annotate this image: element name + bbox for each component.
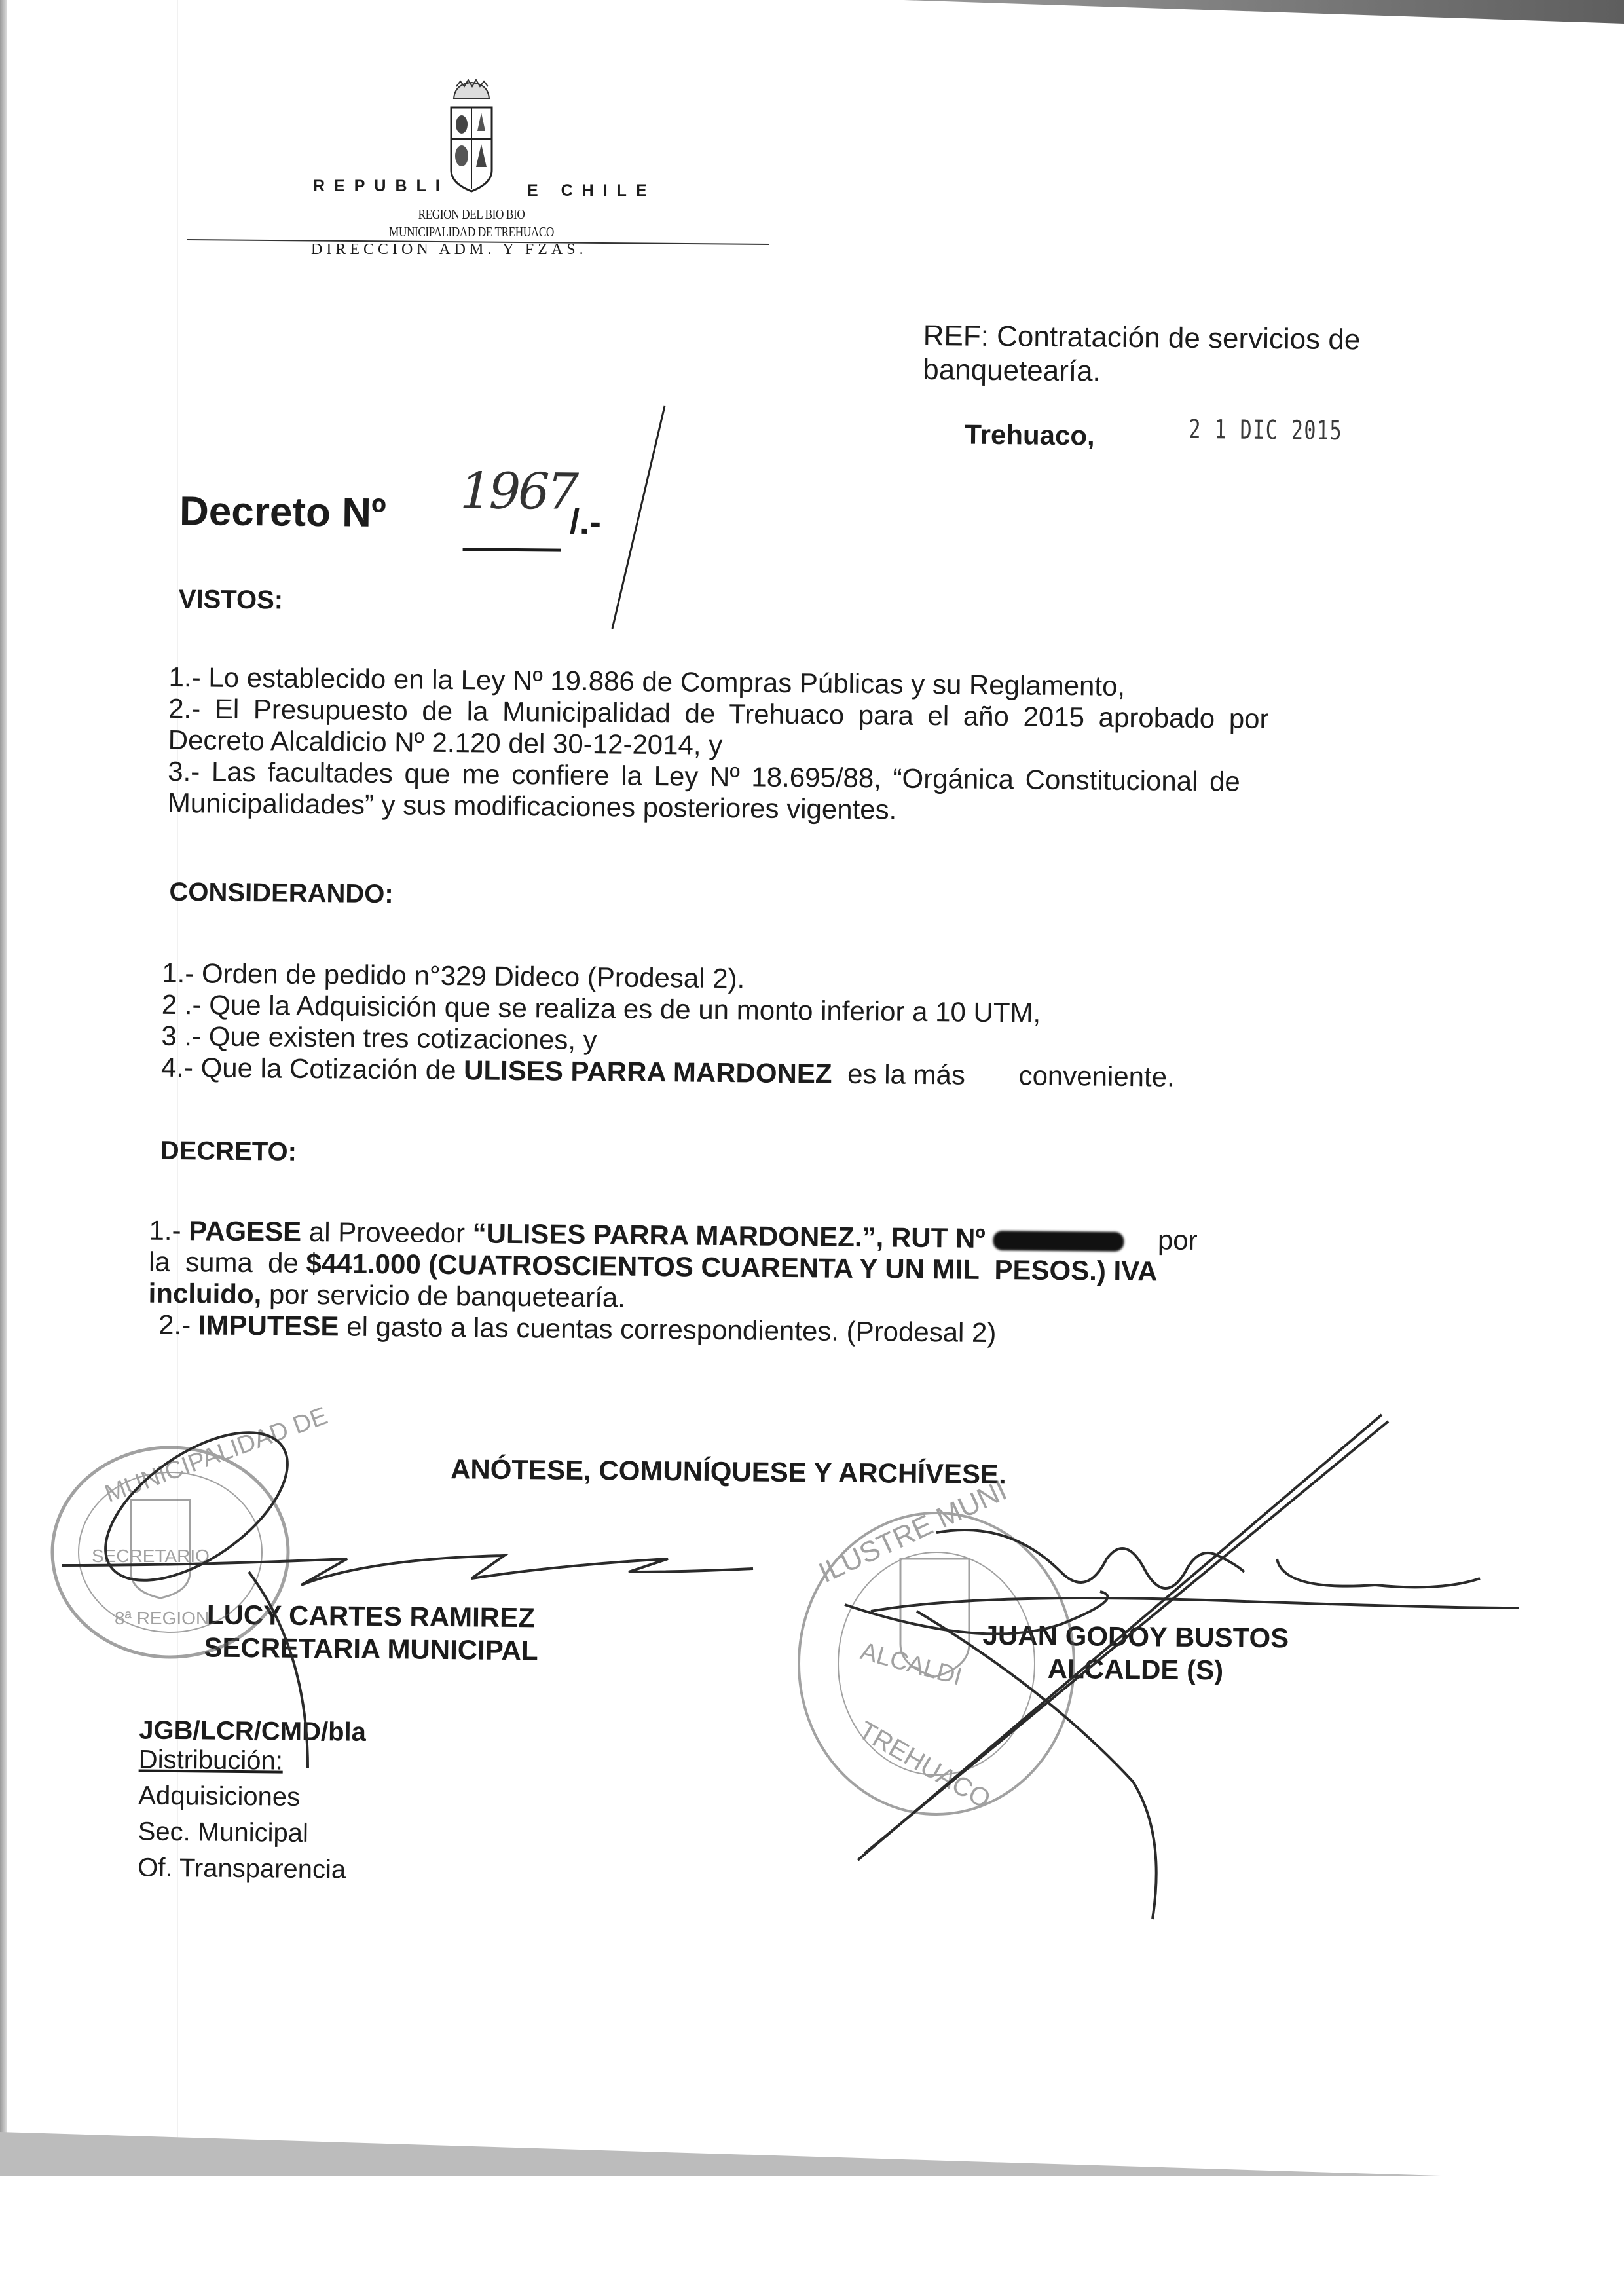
signatory-name: LUCY CARTES RAMIREZ xyxy=(207,1599,539,1635)
initials-reference: JGB/LCR/CMD/bla xyxy=(139,1716,366,1747)
signatory-mayor: JUAN GODOY BUSTOS ALCALDE (S) xyxy=(982,1619,1289,1687)
item-text: la suma de xyxy=(149,1246,306,1278)
decree-title: Decreto Nº xyxy=(179,488,386,536)
place: Trehuaco, xyxy=(965,419,1095,452)
item-verb: PAGESE xyxy=(189,1215,301,1247)
item-text: por xyxy=(1150,1224,1198,1256)
rut-label: , RUT Nº xyxy=(876,1222,993,1254)
decreto-item-1-line3: incluido, por servicio de banquetearía. xyxy=(148,1278,625,1314)
item-text: al Proveedor xyxy=(301,1216,473,1249)
distribution-label: Distribución: xyxy=(139,1745,283,1776)
item-verb: IMPUTESE xyxy=(198,1309,339,1341)
item-text: por servicio de banquetearía. xyxy=(261,1278,625,1313)
item-number: 2.- xyxy=(158,1309,198,1341)
signatory-secretary: LUCY CARTES RAMIREZ SECRETARIA MUNICIPAL xyxy=(206,1599,538,1668)
document-body: REF: Contratación de servicios de banque… xyxy=(0,0,1624,2175)
vistos-item: Municipalidades” y sus modificaciones po… xyxy=(168,787,897,826)
vistos-title: VISTOS: xyxy=(179,585,284,616)
considerando-item4-prefix: 4.- Que la Cotización de xyxy=(161,1052,464,1085)
decree-suffix: /.- xyxy=(570,502,602,542)
decreto-item-2: 2.- IMPUTESE el gasto a las cuentas corr… xyxy=(158,1309,997,1349)
signatory-role: SECRETARIA MUNICIPAL xyxy=(204,1631,538,1667)
considerando-item4-end: conveniente. xyxy=(1018,1060,1175,1092)
redacted-rut xyxy=(993,1231,1124,1252)
item-number: 1.- xyxy=(149,1215,189,1246)
considerando-item: 3 .- Que existen tres cotizaciones, y xyxy=(161,1020,597,1056)
decree-number-handwritten: 1967 xyxy=(460,461,576,521)
distribution-item: Of. Transparencia xyxy=(138,1854,346,1885)
provider-name: “ULISES PARRA MARDONEZ.” xyxy=(472,1218,876,1252)
date-stamp: 2 1 DIC 2015 xyxy=(1189,415,1342,446)
item-text: el gasto a las cuentas correspondientes.… xyxy=(339,1311,996,1348)
distribution-item: Adquisiciones xyxy=(138,1782,300,1812)
decree-number-underline xyxy=(463,548,561,551)
considerando-item: 1.- Orden de pedido n°329 Dideco (Prodes… xyxy=(162,958,745,995)
distribution-item: Sec. Municipal xyxy=(138,1818,309,1848)
blank-margin xyxy=(0,2176,1624,2295)
reference-line: REF: Contratación de servicios de banque… xyxy=(923,319,1480,392)
considerando-item: 4.- Que la Cotización de ULISES PARRA MA… xyxy=(161,1052,1175,1093)
item-text-bold: incluido, xyxy=(148,1278,261,1310)
signatory-name: JUAN GODOY BUSTOS xyxy=(982,1619,1289,1654)
signatory-role: ALCALDE (S) xyxy=(982,1652,1289,1687)
provider-name: ULISES PARRA MARDONEZ xyxy=(464,1054,832,1089)
decreto-section-title: DECRETO: xyxy=(160,1136,297,1167)
vistos-item: Decreto Alcaldicio Nº 2.120 del 30-12-20… xyxy=(168,724,723,761)
considerando-title: CONSIDERANDO: xyxy=(169,878,394,909)
closing-formula: ANÓTESE, COMUNÍQUESE Y ARCHÍVESE. xyxy=(451,1453,1006,1490)
considerando-item4-mid: es la más xyxy=(847,1058,965,1091)
